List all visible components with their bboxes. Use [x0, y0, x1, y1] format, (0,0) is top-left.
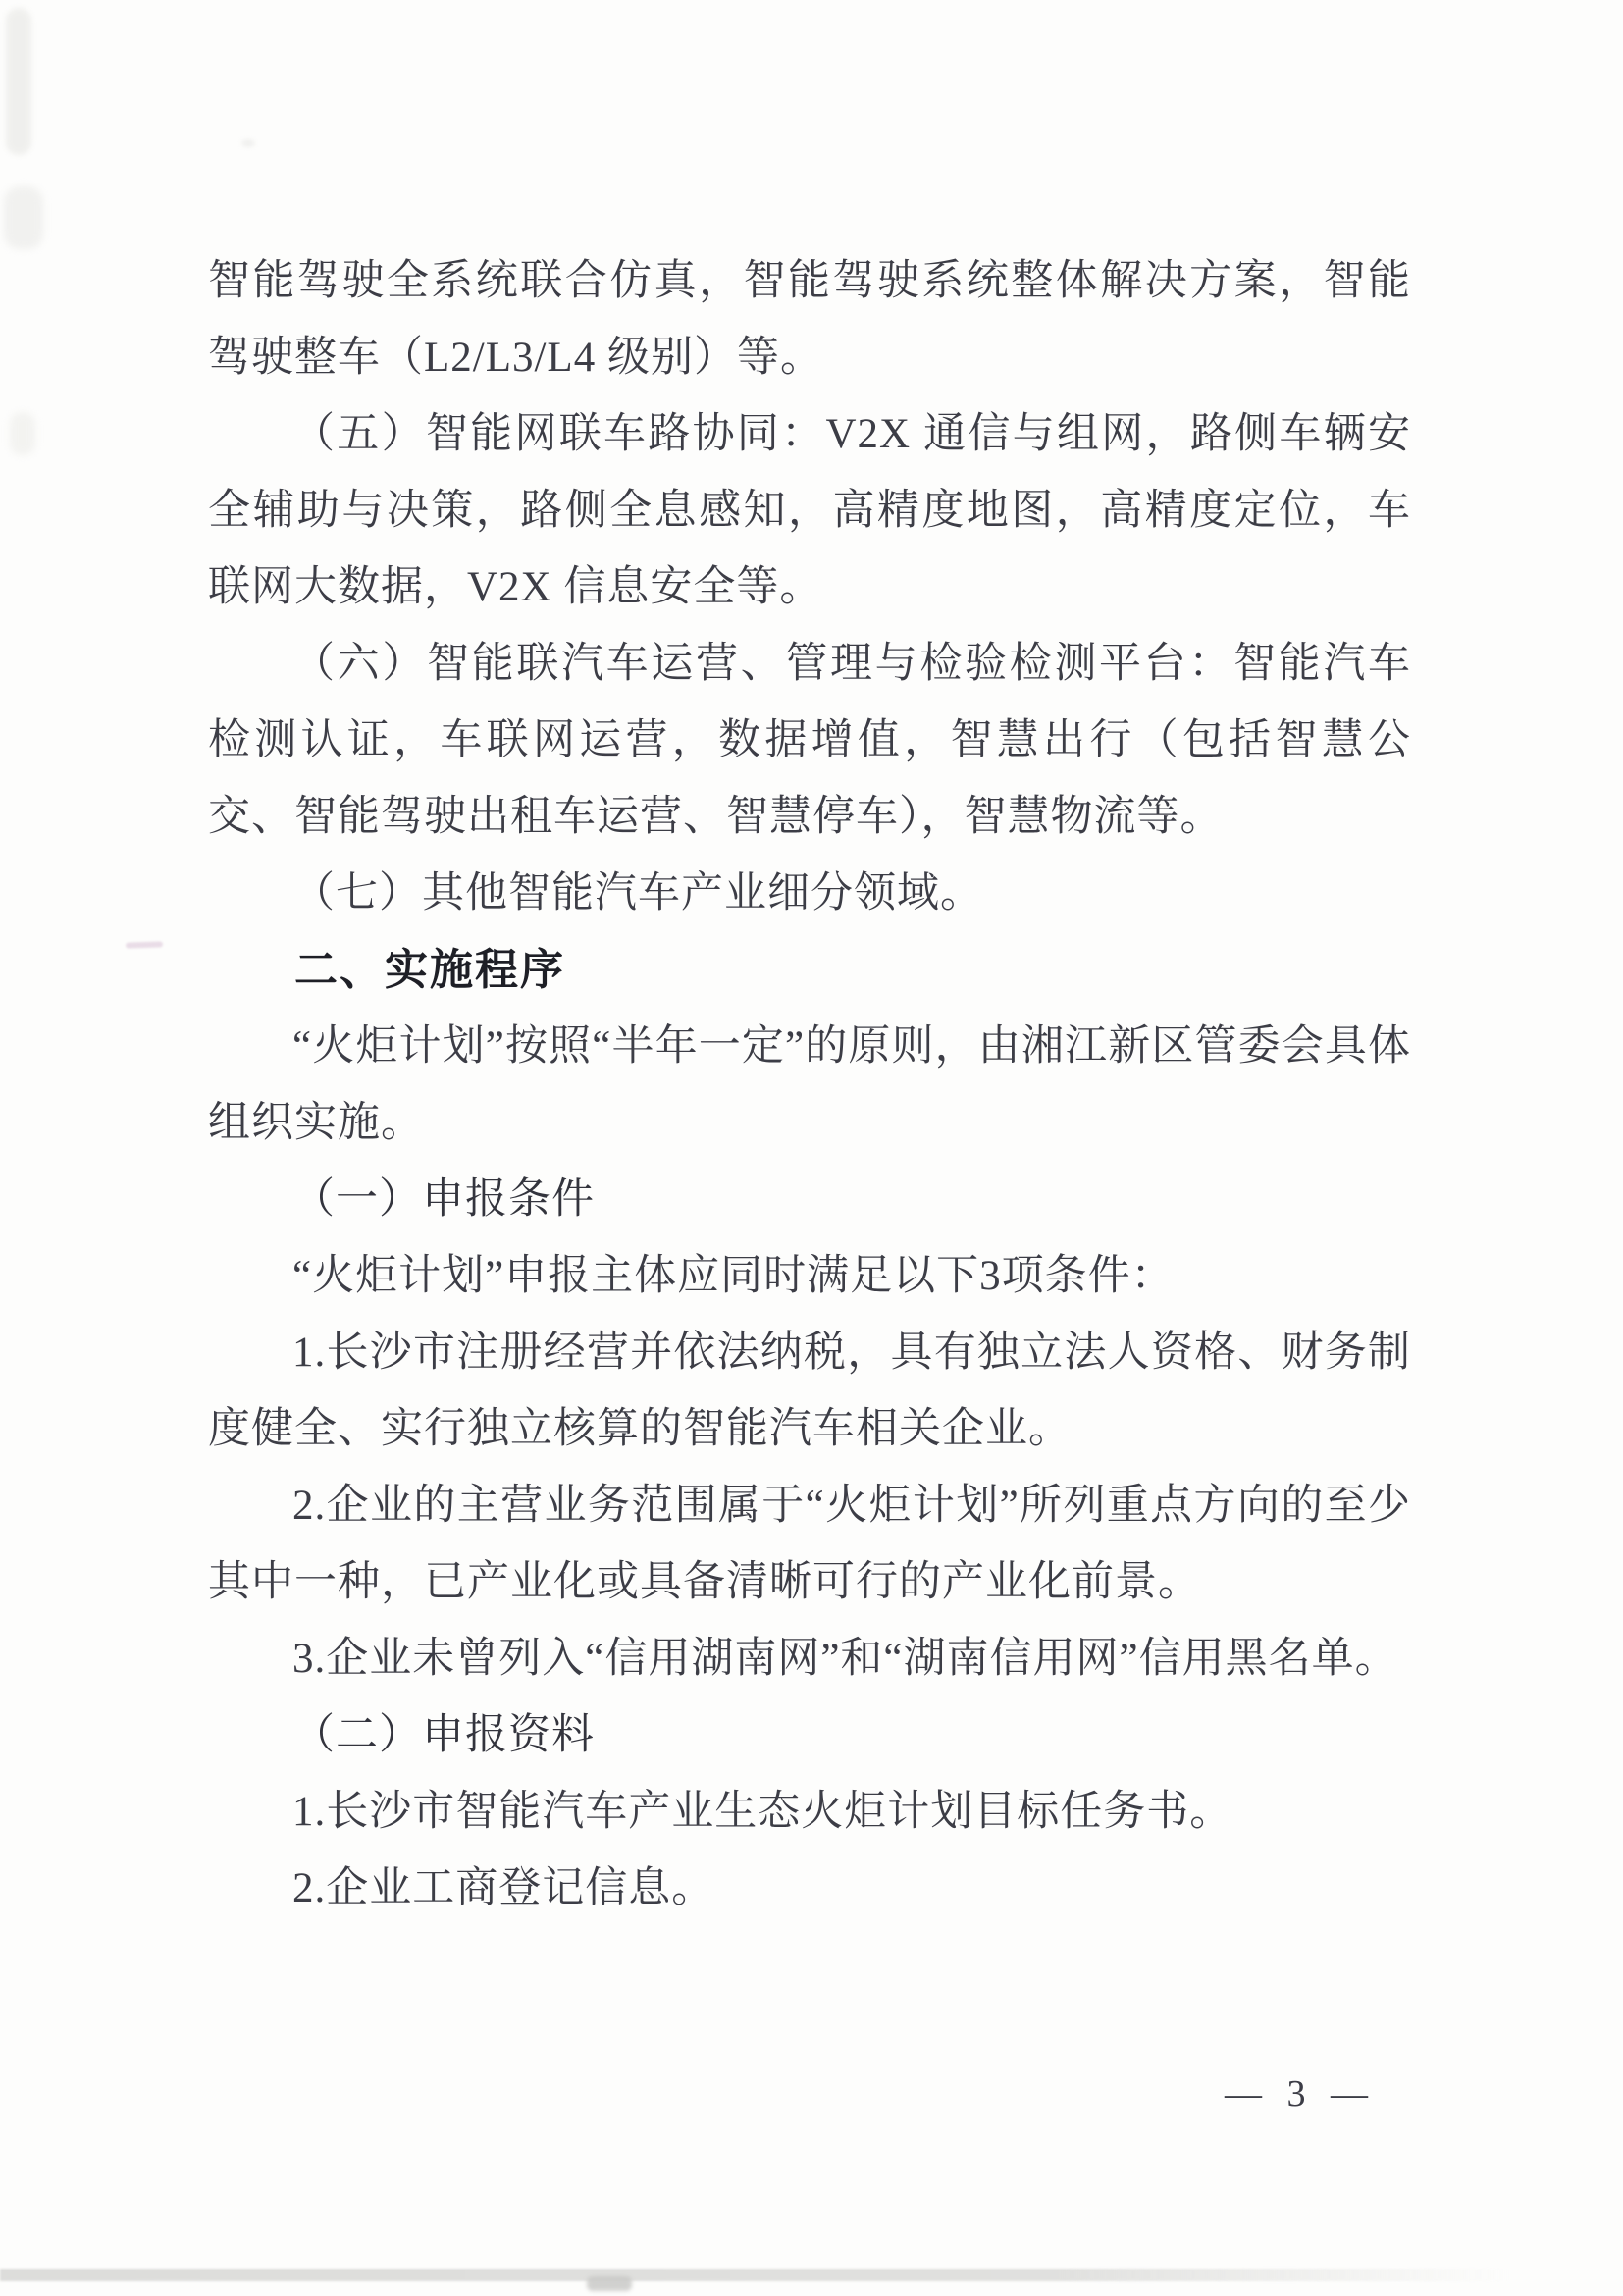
page-number: — 3 —: [1225, 2072, 1376, 2115]
scan-artifact-pink-mark: [126, 941, 163, 948]
section-heading: 二、实施程序: [208, 932, 1411, 1009]
paragraph-condition-3: 3.企业未曾列入“信用湖南网”和“湖南信用网”信用黑名单。: [208, 1621, 1411, 1697]
scan-artifact: [587, 2276, 632, 2291]
scan-artifact: [241, 139, 255, 147]
paragraph-condition-1: 1.长沙市注册经营并依法纳税，具有独立法人资格、财务制度健全、实行独立核算的智能…: [208, 1315, 1411, 1468]
subsection-heading-1: （一）申报条件: [208, 1162, 1411, 1238]
paragraph-item-7: （七）其他智能汽车产业细分领域。: [208, 856, 1411, 932]
subsection-heading-2: （二）申报资料: [208, 1697, 1411, 1774]
document-body: 智能驾驶全系统联合仿真，智能驾驶系统整体解决方案，智能驾驶整车（L2/L3/L4…: [208, 243, 1411, 1927]
paragraph: “火炬计划”申报主体应同时满足以下3项条件：: [208, 1238, 1411, 1315]
paragraph-condition-2: 2.企业的主营业务范围属于“火炬计划”所列重点方向的至少其中一种，已产业化或具备…: [208, 1468, 1411, 1621]
paragraph-continuation: 智能驾驶全系统联合仿真，智能驾驶系统整体解决方案，智能驾驶整车（L2/L3/L4…: [208, 243, 1411, 396]
scanned-document-page: 智能驾驶全系统联合仿真，智能驾驶系统整体解决方案，智能驾驶整车（L2/L3/L4…: [0, 0, 1623, 2296]
paragraph-item-6: （六）智能联汽车运营、管理与检验检测平台：智能汽车检测认证，车联网运营，数据增值…: [208, 626, 1411, 856]
paragraph-material-2: 2.企业工商登记信息。: [208, 1851, 1411, 1927]
scan-artifact: [6, 8, 31, 155]
scan-edge-shadow: [0, 2269, 1511, 2281]
paragraph: “火炬计划”按照“半年一定”的原则，由湘江新区管委会具体组织实施。: [208, 1009, 1411, 1162]
paragraph-material-1: 1.长沙市智能汽车产业生态火炬计划目标任务书。: [208, 1774, 1411, 1851]
scan-artifact: [4, 186, 43, 249]
paragraph-item-5: （五）智能网联车路协同：V2X 通信与组网，路侧车辆安全辅助与决策，路侧全息感知…: [208, 396, 1411, 626]
scan-artifact: [10, 412, 35, 455]
